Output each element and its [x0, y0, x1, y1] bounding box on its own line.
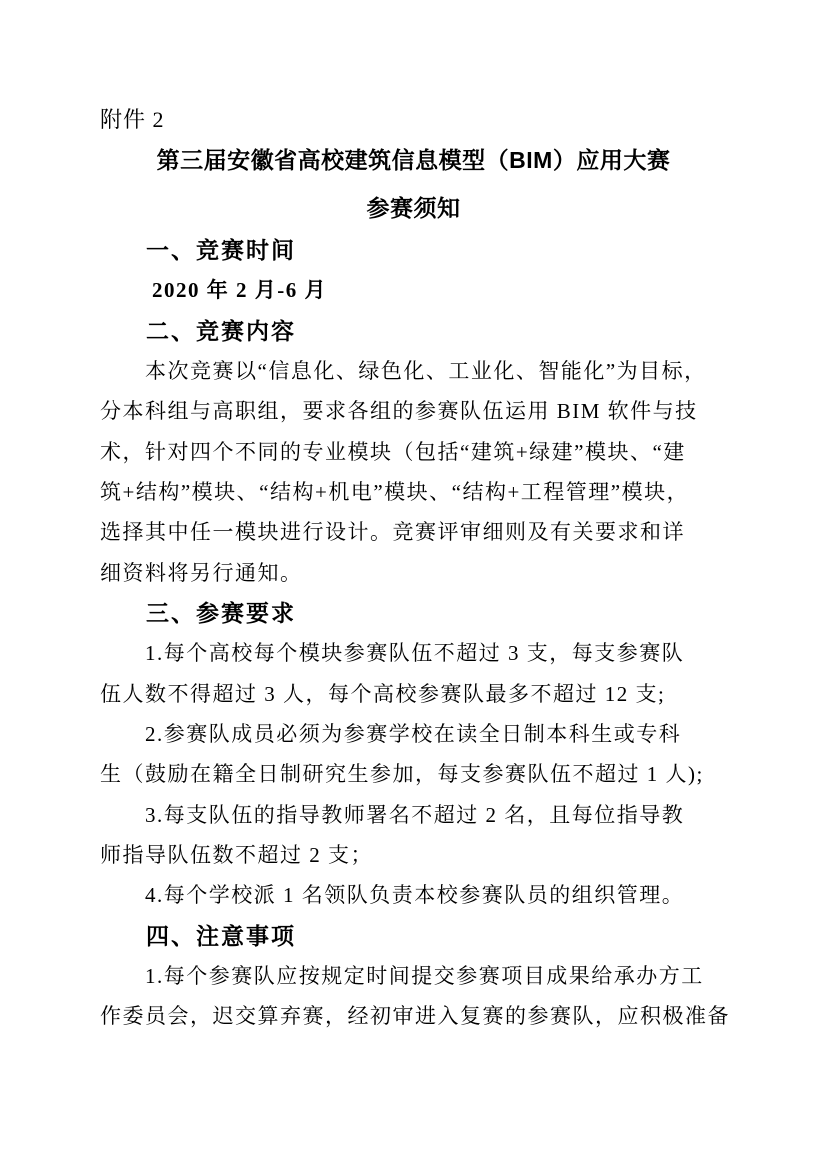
- document-title-line1: 第三届安徽省高校建筑信息模型（BIM）应用大赛: [0, 142, 827, 175]
- text-line: 分本科组与高职组，要求各组的参赛队伍运用 BIM 软件与技: [100, 391, 730, 431]
- text-line: 2020 年 2 月-6 月: [100, 270, 730, 310]
- text-line: 筑+结构”模块、“结构+机电”模块、“结构+工程管理”模块，: [100, 472, 730, 512]
- text-line: 生（鼓励在籍全日制研究生参加，每支参赛队伍不超过 1 人);: [100, 754, 730, 794]
- text-line: 作委员会，迟交算弃赛，经初审进入复赛的参赛队，应积极准备: [100, 996, 730, 1036]
- document-title-line2: 参赛须知: [0, 190, 827, 223]
- text-line: 4.每个学校派 1 名领队负责本校参赛队员的组织管理。: [100, 875, 730, 915]
- document-page: 附件 2 第三届安徽省高校建筑信息模型（BIM）应用大赛 参赛须知 一、竞赛时间…: [0, 0, 827, 1169]
- text-line: 1.每个参赛队应按规定时间提交参赛项目成果给承办方工: [100, 956, 730, 996]
- attachment-label: 附件 2: [100, 103, 165, 134]
- text-line: 三、参赛要求: [100, 593, 730, 633]
- text-line: 四、注意事项: [100, 916, 730, 956]
- document-body: 一、竞赛时间2020 年 2 月-6 月二、竞赛内容本次竞赛以“信息化、绿色化、…: [100, 230, 730, 1037]
- text-line: 本次竞赛以“信息化、绿色化、工业化、智能化”为目标，: [100, 351, 730, 391]
- text-line: 术，针对四个不同的专业模块（包括“建筑+绿建”模块、“建: [100, 432, 730, 472]
- text-line: 二、竞赛内容: [100, 311, 730, 351]
- text-line: 选择其中任一模块进行设计。竞赛评审细则及有关要求和详: [100, 512, 730, 552]
- text-line: 一、竞赛时间: [100, 230, 730, 270]
- text-line: 师指导队伍数不超过 2 支；: [100, 835, 730, 875]
- text-line: 1.每个高校每个模块参赛队伍不超过 3 支，每支参赛队: [100, 633, 730, 673]
- text-line: 细资料将另行通知。: [100, 553, 730, 593]
- text-line: 伍人数不得超过 3 人，每个高校参赛队最多不超过 12 支;: [100, 674, 730, 714]
- text-line: 2.参赛队成员必须为参赛学校在读全日制本科生或专科: [100, 714, 730, 754]
- text-line: 3.每支队伍的指导教师署名不超过 2 名，且每位指导教: [100, 795, 730, 835]
